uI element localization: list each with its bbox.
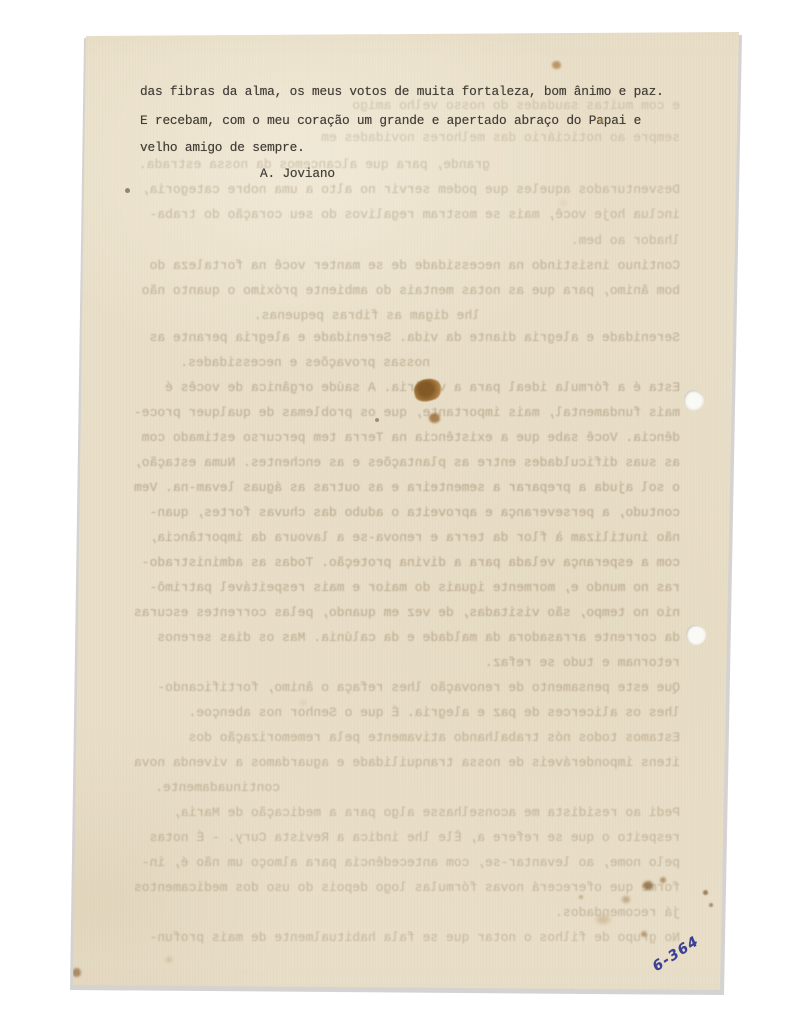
typed-line-2: E recebam, com o meu coração um grande e… [140,114,641,128]
bleedthrough-line: lhes os alicerces de paz e alegria. É qu… [189,706,680,720]
stain [596,915,610,924]
stain [125,188,130,193]
stain [72,968,81,977]
scan-background: e com muitas saudades do nosso velho ami… [0,0,806,1024]
punch-hole-bottom [685,624,706,645]
bleedthrough-line: com a esperança velada para a divina pro… [142,556,680,570]
bleedthrough-line: forme que oferecerá novas fórmulas logo … [134,881,680,895]
bleedthrough-line: Serenidade e alegria diante da vida. Ser… [150,331,681,345]
punch-hole-top [682,388,705,411]
stain [641,931,647,937]
typed-line-3: velho amigo de sempre. [140,141,305,155]
bleedthrough-line: itens imponderáveis de nossa tranquilida… [134,756,680,770]
stain [598,118,603,123]
stain [166,957,172,962]
bleedthrough-line: respeito o que se refere a, Êle lhe indi… [150,831,681,845]
stain [579,895,583,899]
bleedthrough-line: lhador ao bem. [571,234,680,248]
stain [375,418,379,422]
bleedthrough-line: as suas dificuldades entre as plantações… [134,456,680,470]
bleedthrough-line: não inutilizam à flor da terra e renova-… [150,531,681,545]
stain [429,413,440,423]
bleedthrough-line: nossas provações e necessidades. [180,356,430,370]
bleedthrough-line: e com muitas saudades do nosso velho ami… [352,99,680,113]
stain [300,700,306,705]
bleedthrough-line: já recomendados. [555,906,680,920]
bleedthrough-line: continuadamente. [155,781,280,795]
stain [560,200,567,206]
bleedthrough-line: Estamos todos nós trabalhando ativamente… [189,731,680,745]
bleedthrough-line: ras no mundo e, mormente iguais do maior… [150,581,681,595]
bleedthrough-line: Desventurados aqueles que podem servir n… [142,183,680,197]
stain [703,890,708,895]
bleedthrough-line: mais fundamental, mais importante, que o… [134,406,680,420]
bleedthrough-line: Continuo insistindo na necessidade de se… [150,259,681,273]
bleedthrough-line: inclua hoje você, mais se mostram regali… [150,208,681,222]
bleedthrough-line: da corrente arrasadora da maldade e da c… [157,631,680,645]
typed-line-1: das fibras da alma, os meus votos de mui… [140,85,664,99]
bleedthrough-line: No grupo de filhos o notar que se fala h… [150,931,681,945]
bleedthrough-line: retornam e tudo se refaz. [485,656,680,670]
bleedthrough-line: sempre ao noticiário das melhores novida… [321,131,680,145]
bleedthrough-line: pelo nome, ao levantar-se, com antecedên… [142,856,680,870]
stain [622,896,630,903]
stain [643,881,653,890]
bleedthrough-line: bom ânimo, para que as notas mentais do … [142,284,680,298]
bleedthrough-line: nio no tempo, são visitadas, de vez em q… [134,606,680,620]
bleedthrough-line: o sol ajuda a preparar a sementeira e as… [134,481,680,495]
signature: A. Joviano [260,167,335,181]
bleedthrough-line: contudo, a perseverança e aproveita o ad… [150,506,681,520]
bleedthrough-line: lhe digam as fibras pequenas. [254,309,480,323]
bleedthrough-line: Que este pensamento de renovação lhes re… [157,681,680,695]
stain [709,903,713,907]
bleedthrough-line: Pedi ao residista me aconselhasse algo p… [173,806,680,820]
letter-page: e com muitas saudades do nosso velho ami… [0,0,806,1024]
stain [552,61,561,69]
bleedthrough-line: dência. Você sabe que a existência na Te… [142,431,680,445]
stain [660,877,666,883]
